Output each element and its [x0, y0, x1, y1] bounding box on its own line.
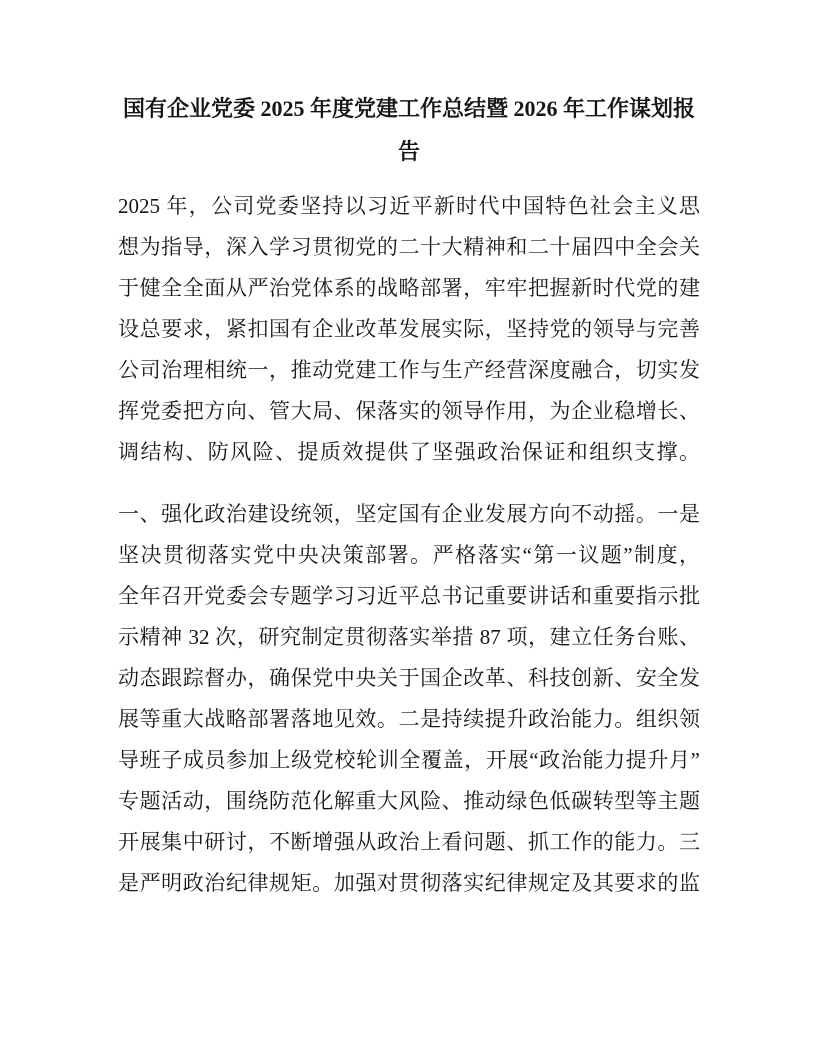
text-line: 想为指导，深入学习贯彻党的二十大精神和二十届四中全会关 [118, 227, 700, 268]
text-line: 公司治理相统一，推动党建工作与生产经营深度融合，切实发 [118, 350, 700, 391]
text-line: 挥党委把方向、管大局、保落实的领导作用，为企业稳增长、 [118, 391, 700, 432]
text-line: 专题活动，围绕防范化解重大风险、推动绿色低碳转型等主题 [118, 781, 700, 822]
paragraph: 2025 年，公司党委坚持以习近平新时代中国特色社会主义思想为指导，深入学习贯彻… [118, 186, 700, 473]
paragraph: 一、强化政治建设统领，坚定国有企业发展方向不动摇。一是坚决贯彻落实党中央决策部署… [118, 494, 700, 904]
text-line: 坚决贯彻落实党中央决策部署。严格落实“第一议题”制度， [118, 535, 700, 576]
text-line: 于健全全面从严治党体系的战略部署，牢牢把握新时代党的建 [118, 268, 700, 309]
text-line: 调结构、防风险、提质效提供了坚强政治保证和组织支撑。 [118, 432, 700, 473]
text-line: 2025 年，公司党委坚持以习近平新时代中国特色社会主义思 [118, 186, 700, 227]
text-line: 全年召开党委会专题学习习近平总书记重要讲话和重要指示批 [118, 576, 700, 617]
text-line: 一、强化政治建设统领，坚定国有企业发展方向不动摇。一是 [118, 494, 700, 535]
document-body: 2025 年，公司党委坚持以习近平新时代中国特色社会主义思想为指导，深入学习贯彻… [118, 186, 700, 904]
document-page: 国有企业党委 2025 年度党建工作总结暨 2026 年工作谋划报告 2025 … [0, 0, 816, 1056]
text-line: 展等重大战略部署落地见效。二是持续提升政治能力。组织领 [118, 699, 700, 740]
text-line: 是严明政治纪律规矩。加强对贯彻落实纪律规定及其要求的监 [118, 863, 700, 904]
text-line: 动态跟踪督办，确保党中央关于国企改革、科技创新、安全发 [118, 658, 700, 699]
text-line: 开展集中研讨，不断增强从政治上看问题、抓工作的能力。三 [118, 822, 700, 863]
text-line: 导班子成员参加上级党校轮训全覆盖，开展“政治能力提升月” [118, 740, 700, 781]
text-line: 示精神 32 次，研究制定贯彻落实举措 87 项，建立任务台账、 [118, 617, 700, 658]
text-line: 告 [118, 130, 700, 173]
text-line: 国有企业党委 2025 年度党建工作总结暨 2026 年工作谋划报 [118, 87, 700, 130]
text-line: 设总要求，紧扣国有企业改革发展实际，坚持党的领导与完善 [118, 309, 700, 350]
document-title: 国有企业党委 2025 年度党建工作总结暨 2026 年工作谋划报告 [118, 87, 700, 173]
